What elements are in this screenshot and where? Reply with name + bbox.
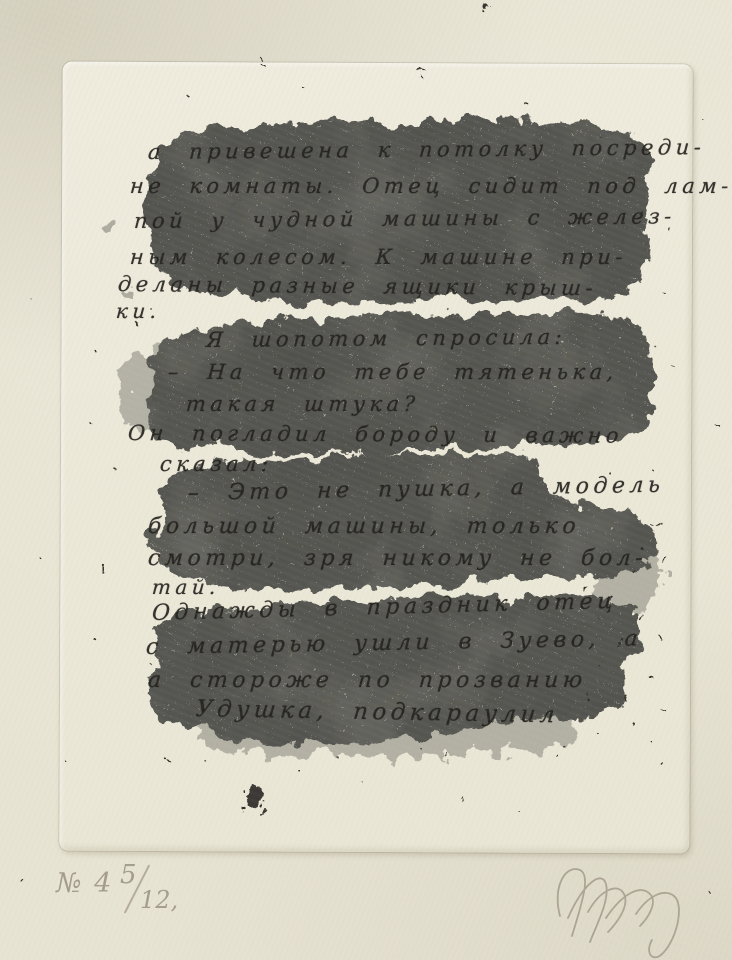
handwriting-line: ным колесом. К машине при- bbox=[129, 245, 628, 269]
handwriting-line: Я шопотом спросила: bbox=[205, 325, 567, 352]
margin-dot-upper bbox=[105, 221, 119, 235]
edition-inscription: № 4 5 12, bbox=[56, 858, 206, 938]
handwriting-line: не комнаты. Отец сидит под лам- bbox=[129, 174, 732, 198]
handwriting-line: пой у чудной машины с желез- bbox=[133, 204, 676, 233]
handwriting-line: такая штука? bbox=[185, 392, 420, 416]
artist-signature bbox=[540, 852, 720, 960]
handwriting-line: а привешена к потолку посреди- bbox=[147, 135, 706, 164]
fraction-denominator: 12, bbox=[140, 886, 178, 914]
bottom-ink-drop bbox=[244, 788, 262, 806]
handwriting-line: смотри, зря никому не бол- bbox=[147, 546, 648, 571]
handwriting-line: тай. bbox=[151, 575, 221, 599]
edition-number: № 4 bbox=[56, 868, 113, 899]
etching-print-sheet: а привешена к потолку посреди- не комнат… bbox=[0, 0, 732, 960]
handwriting-line: большой машины, только bbox=[147, 514, 581, 539]
fraction-numerator: 5 bbox=[120, 860, 137, 890]
handwriting-line: деланы разные ящики крыш- bbox=[117, 272, 598, 300]
handwriting-line: – На что тебе тятенька, bbox=[167, 360, 619, 384]
handwriting-line: Он погладил бороду и важно bbox=[127, 421, 624, 448]
handwriting-line: ки. bbox=[115, 299, 161, 323]
handwriting-line: а стороже по прозванию bbox=[147, 668, 587, 693]
handwriting-line: сказал: bbox=[159, 452, 273, 476]
